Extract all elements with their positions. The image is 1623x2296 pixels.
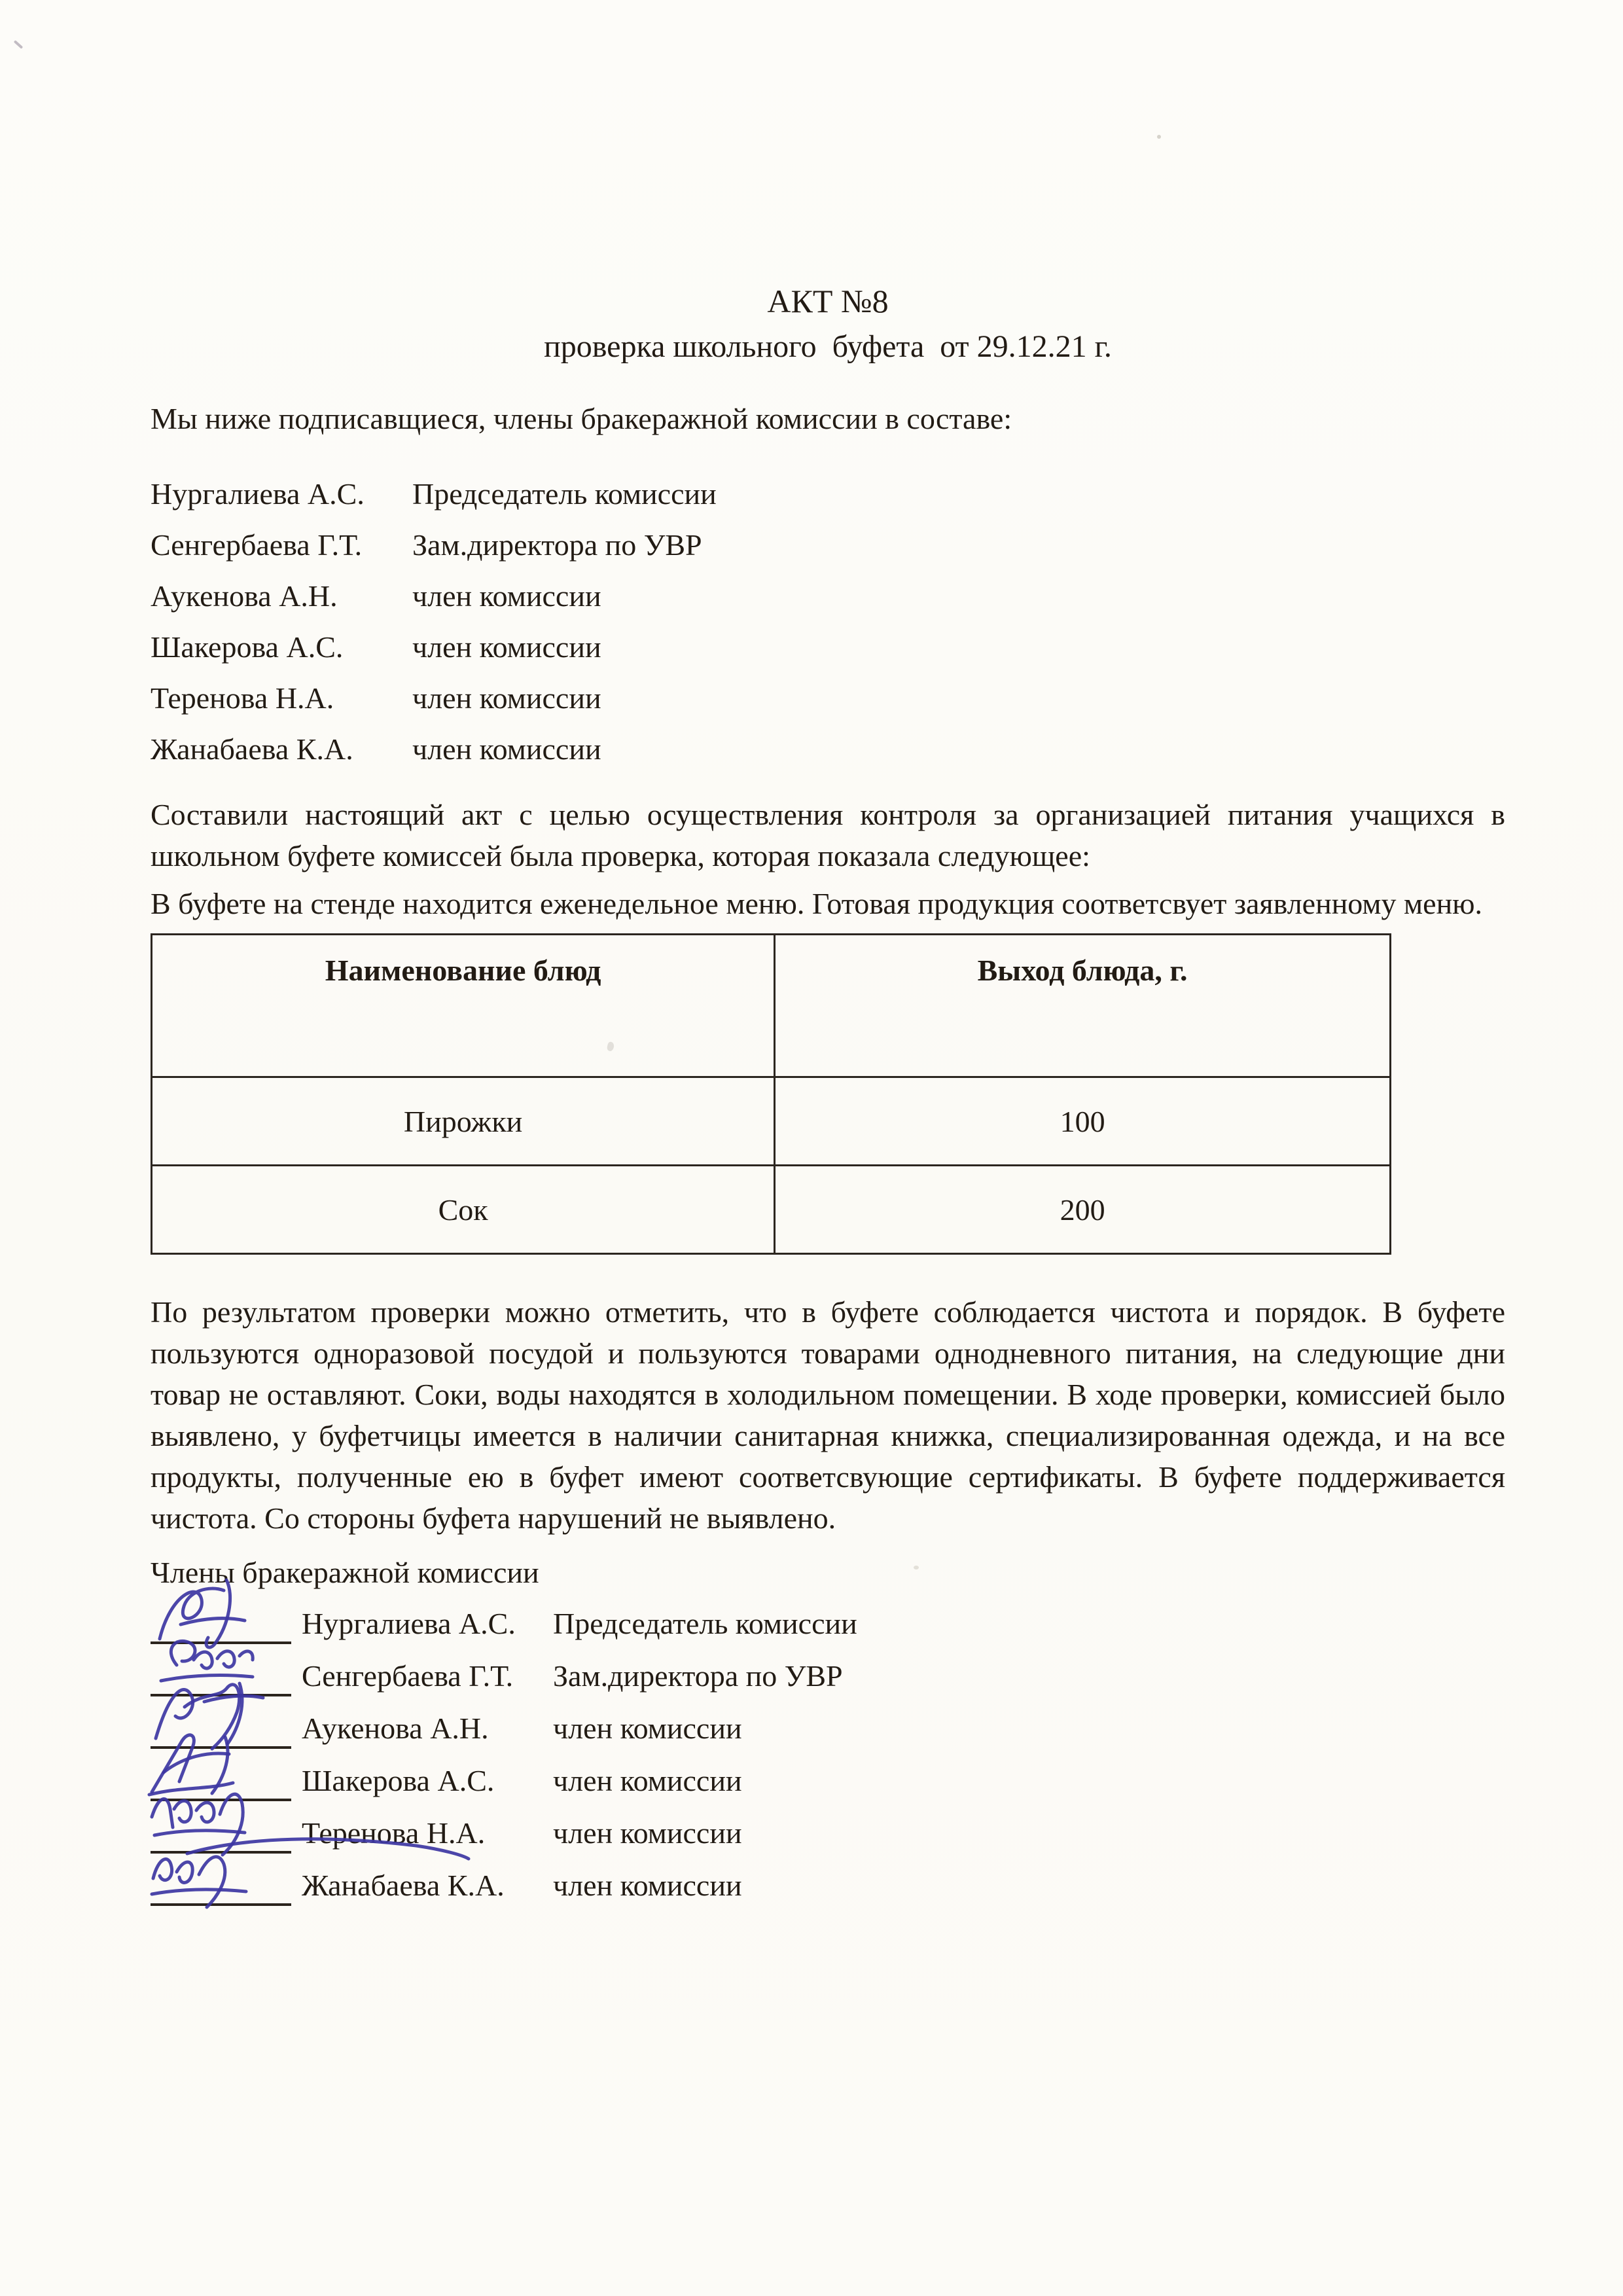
member-name: Нургалиева А.С. xyxy=(151,473,412,514)
member-role: член комиссии xyxy=(412,677,1505,719)
member-role: член комиссии xyxy=(412,626,1505,668)
intro-paragraph: Мы ниже подписавщиеся, члены бракеражной… xyxy=(151,398,1505,439)
member-name: Аукенова А.Н. xyxy=(151,575,412,617)
signature-name: Аукенова А.Н. xyxy=(302,1708,553,1749)
member-row: Сенгербаева Г.Т. Зам.директора по УВР xyxy=(151,519,1505,570)
signature-row: Нургалиева А.С. Председатель комиссии xyxy=(151,1594,1505,1647)
table-cell-dish-name: Пирожки xyxy=(152,1077,775,1166)
signature-line xyxy=(151,1664,291,1696)
signature-role: член комиссии xyxy=(553,1812,1505,1854)
purpose-paragraph: Составили настоящий акт с целью осуществ… xyxy=(151,794,1505,876)
document-page: АКТ №8 проверка школьного буфета от 29.1… xyxy=(0,0,1623,2296)
doc-subtitle: проверка школьного буфета от 29.12.21 г. xyxy=(151,327,1505,367)
signature-row: Аукенова А.Н. член комиссии xyxy=(151,1699,1505,1751)
table-header-dish-name: Наименование блюд xyxy=(152,935,775,1077)
signature-row: Жанабаева К.А. член комиссии xyxy=(151,1856,1505,1909)
signature-row: Теренова Н.А. член комиссии xyxy=(151,1804,1505,1856)
signature-name: Сенгербаева Г.Т. xyxy=(302,1655,553,1696)
signature-name: Жанабаева К.А. xyxy=(302,1865,553,1906)
results-paragraph: По результатом проверки можно отметить, … xyxy=(151,1291,1505,1539)
table-header-row: Наименование блюд Выход блюда, г. xyxy=(152,935,1391,1077)
member-role: член комиссии xyxy=(412,575,1505,617)
signatures-heading: Члены бракеражной комиссии xyxy=(151,1552,1505,1593)
scan-speck xyxy=(1157,135,1161,139)
signature-role: член комиссии xyxy=(553,1865,1505,1906)
table-row: Пирожки 100 xyxy=(152,1077,1391,1166)
signature-line xyxy=(151,1768,291,1801)
signatures-list: Нургалиева А.С. Председатель комиссии Се… xyxy=(151,1594,1505,1909)
signature-role: Председатель комиссии xyxy=(553,1603,1505,1644)
member-role: Председатель комиссии xyxy=(412,473,1505,514)
table-cell-dish-output: 200 xyxy=(775,1166,1391,1254)
menu-paragraph: В буфете на стенде находится еженедельно… xyxy=(151,883,1505,924)
signature-role: член комиссии xyxy=(553,1760,1505,1801)
signature-name: Нургалиева А.С. xyxy=(302,1603,553,1644)
member-name: Сенгербаева Г.Т. xyxy=(151,524,412,565)
signature-line xyxy=(151,1821,291,1854)
member-row: Жанабаева К.А. член комиссии xyxy=(151,723,1505,774)
signature-role: Зам.директора по УВР xyxy=(553,1655,1505,1696)
member-row: Нургалиева А.С. Председатель комиссии xyxy=(151,468,1505,519)
dishes-table: Наименование блюд Выход блюда, г. Пирожк… xyxy=(151,933,1391,1255)
signature-row: Сенгербаева Г.Т. Зам.директора по УВР xyxy=(151,1647,1505,1699)
member-row: Аукенова А.Н. член комиссии xyxy=(151,570,1505,621)
signature-line xyxy=(151,1716,291,1749)
signature-name: Теренова Н.А. xyxy=(302,1812,553,1854)
table-cell-dish-output: 100 xyxy=(775,1077,1391,1166)
member-name: Теренова Н.А. xyxy=(151,677,412,719)
signature-row: Шакерова А.С. член комиссии xyxy=(151,1751,1505,1804)
member-name: Шакерова А.С. xyxy=(151,626,412,668)
members-list: Нургалиева А.С. Председатель комиссии Се… xyxy=(151,468,1505,774)
scan-speck xyxy=(14,40,24,49)
member-role: член комиссии xyxy=(412,728,1505,770)
member-role: Зам.директора по УВР xyxy=(412,524,1505,565)
table-cell-dish-name: Сок xyxy=(152,1166,775,1254)
doc-title: АКТ №8 xyxy=(151,281,1505,321)
signature-line xyxy=(151,1611,291,1644)
table-header-dish-output: Выход блюда, г. xyxy=(775,935,1391,1077)
signature-name: Шакерова А.С. xyxy=(302,1760,553,1801)
signature-line xyxy=(151,1873,291,1906)
table-row: Сок 200 xyxy=(152,1166,1391,1254)
member-name: Жанабаева К.А. xyxy=(151,728,412,770)
member-row: Теренова Н.А. член комиссии xyxy=(151,672,1505,723)
signature-role: член комиссии xyxy=(553,1708,1505,1749)
member-row: Шакерова А.С. член комиссии xyxy=(151,621,1505,672)
